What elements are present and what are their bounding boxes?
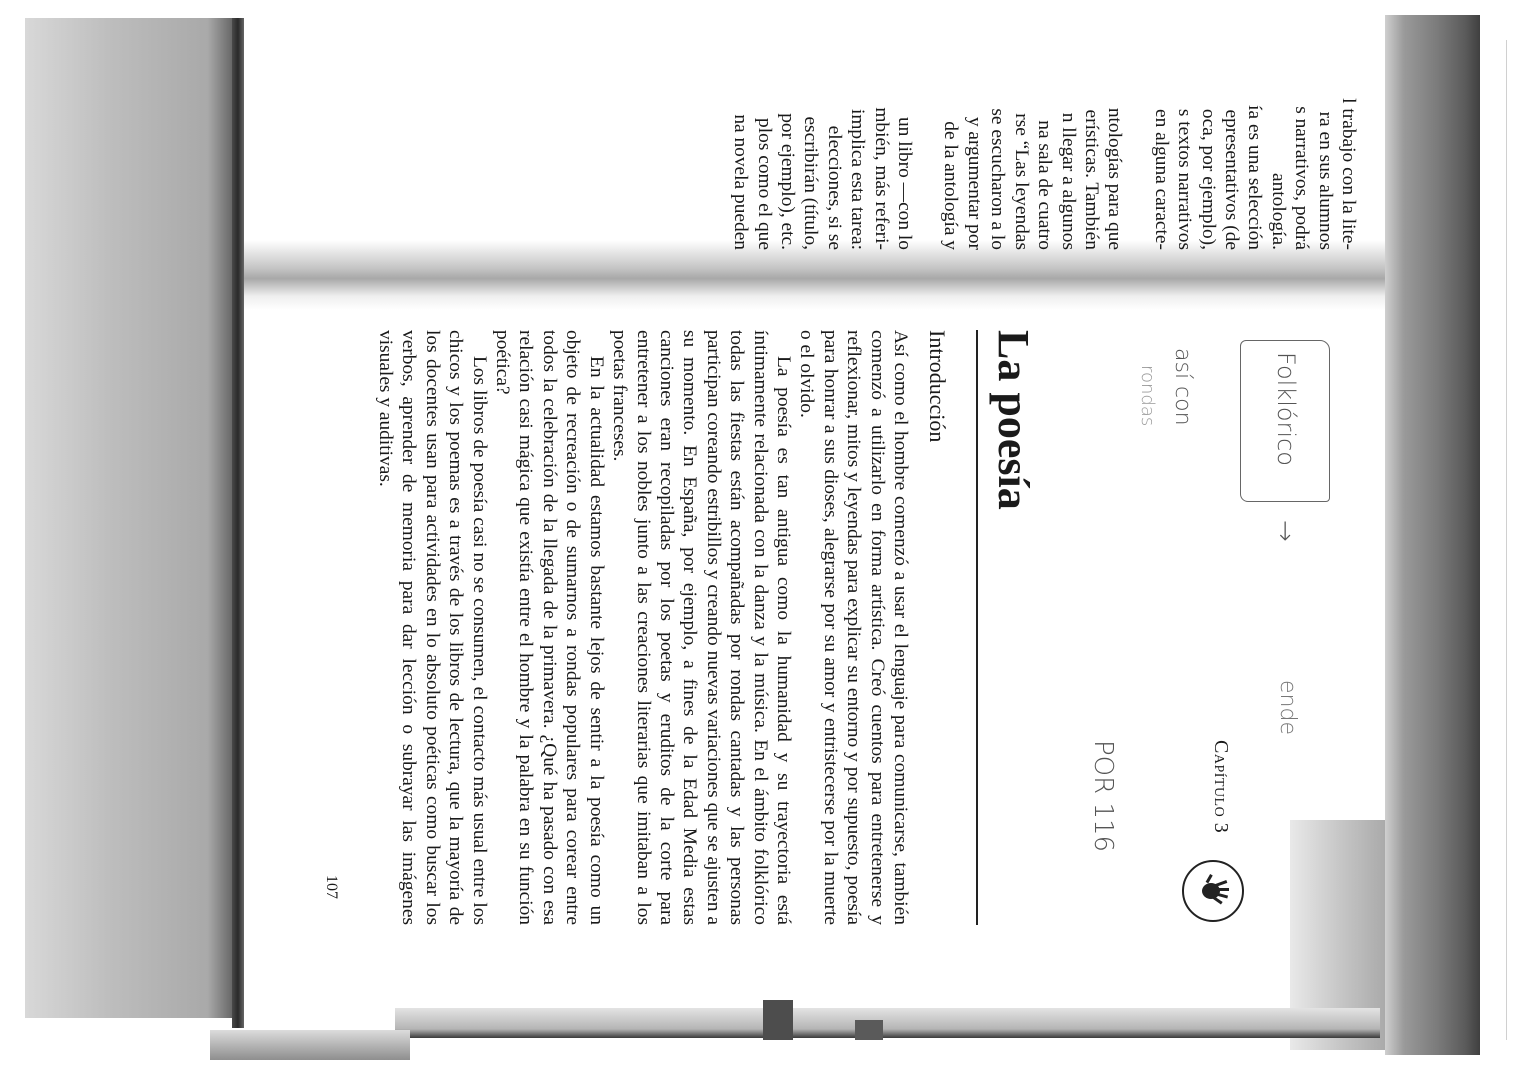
left-text-block-2: ntologías para que erísticas. También n … [939,20,1126,250]
paragraph: La poesía es tan antigua como la humanid… [608,330,795,925]
text-line: s narrativos, podrá [1290,20,1313,250]
text-line: implica esta tarea: [846,20,869,250]
text-line: epresentativos (de [1220,20,1243,250]
text-line: en alguna caracte- [1149,20,1172,250]
text-line: de la antología y [939,20,962,250]
handwritten-page-ref: POR 116 [1118,740,1230,770]
text-line: un libro —con lo [893,20,916,250]
text-line: na sala de cuatro [1033,20,1056,250]
paragraph: Así como el hombre comenzó a usar el len… [795,330,912,925]
paragraph: Los libros de poesía casi no se consumen… [374,330,491,925]
scan-shadow-right [1385,15,1480,1055]
page-edge-line [232,18,244,1028]
text-line: escribirán (título, [799,20,822,250]
scan-artifact [763,1000,793,1040]
scan-artifact [855,1020,883,1040]
text-line: s textos narrativos [1173,20,1196,250]
handwritten-note-faint: rondas [1158,365,1219,386]
left-page-fragment: l trabajo con la lite- ra en sus alumnos… [600,20,1360,250]
text-line: ntologías para que [1103,20,1126,250]
left-text-block-3: un libro —con lo mbién, más referi- impl… [729,20,916,250]
scan-shadow-bottom [395,1008,1380,1038]
scan-shadow-left [25,18,240,1018]
book-gutter-shadow [244,240,1394,310]
text-line: mbién, más referi- [869,20,892,250]
text-line: oca, por ejemplo), [1196,20,1219,250]
text-line: rse “Las leyendas [1009,20,1032,250]
handprint-icon [1182,860,1244,922]
paragraph: En la actualidad estamos bastante lejos … [491,330,608,925]
section-heading: Introducción [924,330,950,442]
text-line: y argumentar por [963,20,986,250]
text-line: erísticas. También [1080,20,1103,250]
left-text-block-1: l trabajo con la lite- ra en sus alumnos… [1149,20,1360,250]
text-line: por ejemplo), etc. [776,20,799,250]
text-line: se escucharon a lo [986,20,1009,250]
text-line: na novela pueden [729,20,752,250]
text-line: ra en sus alumnos [1313,20,1336,250]
handwritten-arrow: → [1300,520,1322,550]
text-line: l trabajo con la lite- [1337,20,1360,250]
scan-shadow-bottom-left [210,1030,410,1060]
text-line: elecciones, si se [822,20,845,250]
text-line: antología. [1266,20,1289,250]
scan-edge-line [1506,40,1507,1040]
handwritten-note: ende [1300,680,1355,705]
page-number: 107 [322,875,340,899]
text-line: ía es una selección [1243,20,1266,250]
title-divider [976,330,978,925]
handwritten-boxed-word: Folklórico [1300,352,1414,380]
page-title: La poesía [991,330,1035,510]
text-line: plos como el que [752,20,775,250]
body-text: Así como el hombre comenzó a usar el len… [374,330,912,925]
text-line: n llegar a algunos [1056,20,1079,250]
